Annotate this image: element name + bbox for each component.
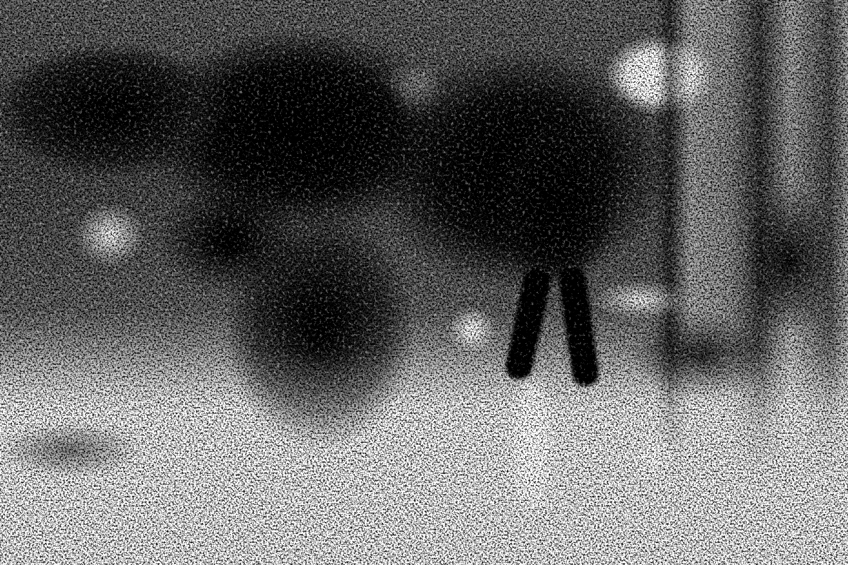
photograph xyxy=(0,0,848,565)
film-grain-light xyxy=(0,0,848,565)
